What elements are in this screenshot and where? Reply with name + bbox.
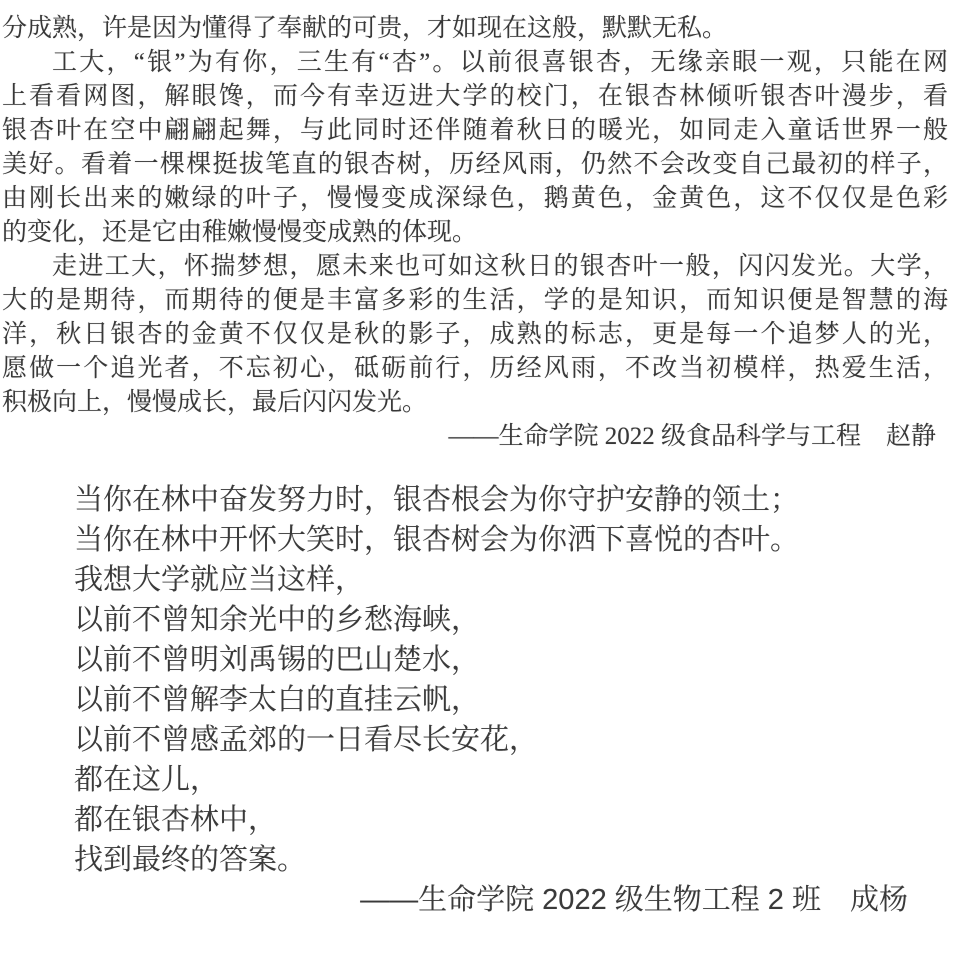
poem-line: 都在银杏林中， (74, 800, 960, 840)
poem-line: 以前不曾明刘禹锡的巴山楚水， (74, 640, 960, 680)
essay-line: 大的是期待，而期待的便是丰富多彩的生活，学的是知识，而知识便是智慧的海 (2, 284, 948, 318)
poem-line: 我想大学就应当这样， (74, 560, 960, 600)
essay-lines: 分成熟，许是因为懂得了奉献的可贵，才如现在这般，默默无私。工大，“银”为有你，三… (2, 12, 948, 420)
essay-line: 的变化，还是它由稚嫩慢慢变成熟的体现。 (2, 216, 948, 250)
poem-line: 当你在林中开怀大笑时，银杏树会为你洒下喜悦的杏叶。 (74, 520, 960, 560)
essay-line: 银杏叶在空中翩翩起舞，与此同时还伴随着秋日的暖光，如同走入童话世界一般 (2, 114, 948, 148)
essay-section: 分成熟，许是因为懂得了奉献的可贵，才如现在这般，默默无私。工大，“银”为有你，三… (2, 12, 948, 454)
poem-line: 都在这儿， (74, 760, 960, 800)
essay-line: 美好。看着一棵棵挺拔笔直的银杏树，历经风雨，仍然不会改变自己最初的样子， (2, 148, 948, 182)
essay-line: 工大，“银”为有你，三生有“杏”。以前很喜银杏，无缘亲眼一观，只能在网 (2, 46, 948, 80)
essay-line: 走进工大，怀揣梦想，愿未来也可如这秋日的银杏叶一般，闪闪发光。大学， (2, 250, 948, 284)
essay-signature: ——生命学院 2022 级食品科学与工程 赵静 (2, 420, 948, 454)
poem-section: 当你在林中奋发努力时，银杏根会为你守护安静的领土；当你在林中开怀大笑时，银杏树会… (0, 470, 960, 920)
poem-line: 找到最终的答案。 (74, 840, 960, 880)
poem-line: 以前不曾感孟郊的一日看尽长安花， (74, 720, 960, 760)
poem-signature: ——生命学院 2022 级生物工程 2 班 成杨 (0, 880, 960, 920)
poem-line: 以前不曾解李太白的直挂云帆， (74, 680, 960, 720)
essay-line: 积极向上，慢慢成长，最后闪闪发光。 (2, 386, 948, 420)
poem-line: 当你在林中奋发努力时，银杏根会为你守护安静的领土； (74, 480, 960, 520)
document-page: 分成熟，许是因为懂得了奉献的可贵，才如现在这般，默默无私。工大，“银”为有你，三… (0, 0, 960, 960)
essay-line: 由刚长出来的嫩绿的叶子，慢慢变成深绿色，鹅黄色，金黄色，这不仅仅是色彩 (2, 182, 948, 216)
essay-line: 上看看网图，解眼馋，而今有幸迈进大学的校门，在银杏林倾听银杏叶漫步，看 (2, 80, 948, 114)
essay-line: 愿做一个追光者，不忘初心，砥砺前行，历经风雨，不改当初模样，热爱生活， (2, 352, 948, 386)
essay-line: 分成熟，许是因为懂得了奉献的可贵，才如现在这般，默默无私。 (2, 12, 948, 46)
poem-line: 以前不曾知余光中的乡愁海峡， (74, 600, 960, 640)
poem-lines: 当你在林中奋发努力时，银杏根会为你守护安静的领土；当你在林中开怀大笑时，银杏树会… (0, 480, 960, 880)
essay-line: 洋，秋日银杏的金黄不仅仅是秋的影子，成熟的标志，更是每一个追梦人的光， (2, 318, 948, 352)
